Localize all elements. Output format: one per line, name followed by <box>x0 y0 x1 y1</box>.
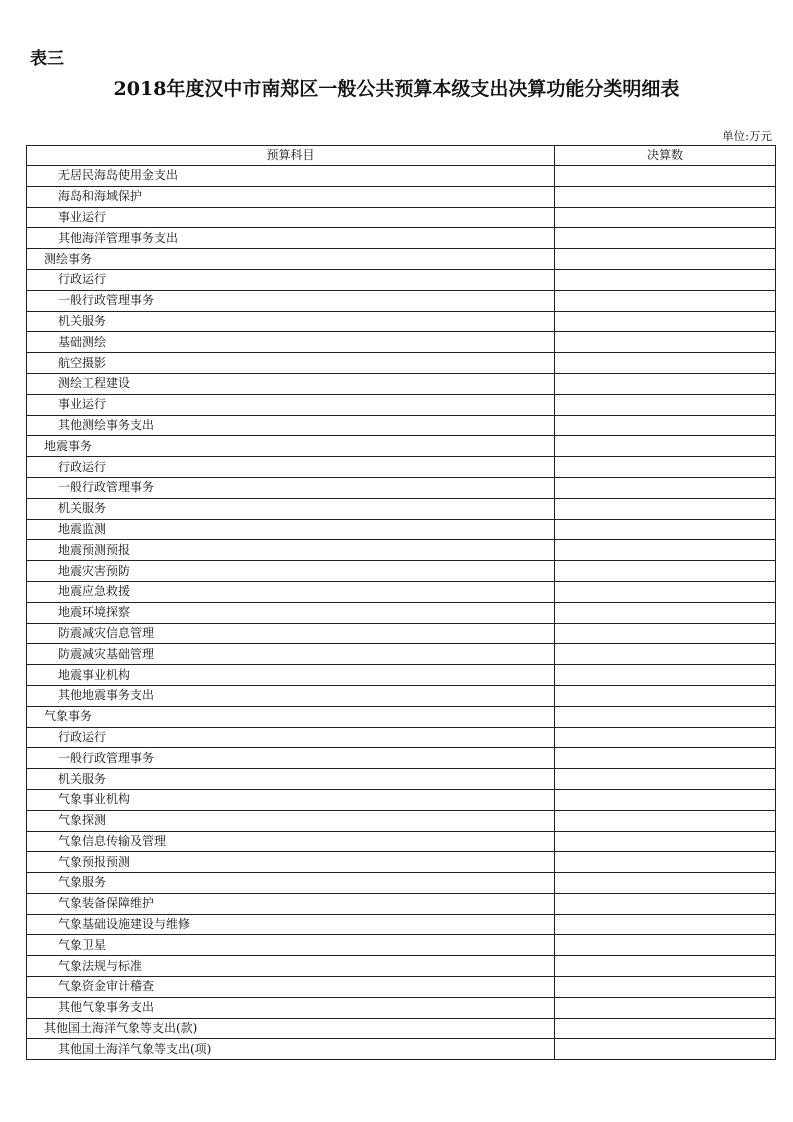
budget-item-cell: 气象法规与标准 <box>27 956 555 977</box>
final-amount-cell <box>555 748 776 769</box>
final-amount-cell <box>555 727 776 748</box>
table-row: 一般行政管理事务 <box>27 748 776 769</box>
table-row: 防震减灾基础管理 <box>27 644 776 665</box>
final-amount-cell <box>555 769 776 790</box>
budget-item-cell: 其他测绘事务支出 <box>27 415 555 436</box>
table-row: 其他气象事务支出 <box>27 997 776 1018</box>
table-row: 气象法规与标准 <box>27 956 776 977</box>
table-number-label: 表三 <box>30 44 64 69</box>
budget-item-cell: 气象装备保障维护 <box>27 893 555 914</box>
table-row: 机关服务 <box>27 769 776 790</box>
table-row: 气象服务 <box>27 873 776 894</box>
budget-item-cell: 其他地震事务支出 <box>27 685 555 706</box>
final-amount-cell <box>555 353 776 374</box>
budget-category-cell: 气象事务 <box>27 706 555 727</box>
final-amount-cell <box>555 561 776 582</box>
table-row: 其他海洋管理事务支出 <box>27 228 776 249</box>
final-amount-cell <box>555 623 776 644</box>
budget-item-cell: 无居民海岛使用金支出 <box>27 166 555 187</box>
table-row: 其他测绘事务支出 <box>27 415 776 436</box>
final-amount-cell <box>555 1039 776 1060</box>
table-row: 测绘事务 <box>27 249 776 270</box>
budget-item-cell: 一般行政管理事务 <box>27 748 555 769</box>
budget-category-cell: 其他国土海洋气象等支出(款) <box>27 1018 555 1039</box>
budget-item-cell: 气象卫星 <box>27 935 555 956</box>
column-header-subject: 预算科目 <box>27 146 555 166</box>
budget-item-cell: 事业运行 <box>27 394 555 415</box>
table-row: 一般行政管理事务 <box>27 290 776 311</box>
table-header-row: 预算科目 决算数 <box>27 146 776 166</box>
budget-item-cell: 机关服务 <box>27 498 555 519</box>
table-row: 气象信息传输及管理 <box>27 831 776 852</box>
budget-category-cell: 地震事务 <box>27 436 555 457</box>
budget-item-cell: 气象事业机构 <box>27 789 555 810</box>
budget-item-cell: 地震监测 <box>27 519 555 540</box>
final-amount-cell <box>555 602 776 623</box>
table-row: 气象卫星 <box>27 935 776 956</box>
budget-item-cell: 其他气象事务支出 <box>27 997 555 1018</box>
table-row: 海岛和海域保护 <box>27 186 776 207</box>
table-row: 气象资金审计稽查 <box>27 977 776 998</box>
table-row: 机关服务 <box>27 311 776 332</box>
budget-item-cell: 行政运行 <box>27 457 555 478</box>
table-row: 地震应急救援 <box>27 581 776 602</box>
table-row: 地震灾害预防 <box>27 561 776 582</box>
budget-item-cell: 机关服务 <box>27 311 555 332</box>
budget-item-cell: 航空摄影 <box>27 353 555 374</box>
budget-item-cell: 行政运行 <box>27 727 555 748</box>
table-row: 行政运行 <box>27 727 776 748</box>
budget-item-cell: 事业运行 <box>27 207 555 228</box>
budget-item-cell: 气象探测 <box>27 810 555 831</box>
table-row: 气象事务 <box>27 706 776 727</box>
table-row: 地震事务 <box>27 436 776 457</box>
table-row: 事业运行 <box>27 207 776 228</box>
table-row: 防震减灾信息管理 <box>27 623 776 644</box>
budget-item-cell: 一般行政管理事务 <box>27 290 555 311</box>
budget-item-cell: 气象预报预测 <box>27 852 555 873</box>
table-row: 机关服务 <box>27 498 776 519</box>
final-amount-cell <box>555 186 776 207</box>
final-amount-cell <box>555 873 776 894</box>
budget-item-cell: 气象基础设施建设与维修 <box>27 914 555 935</box>
final-amount-cell <box>555 1018 776 1039</box>
budget-item-cell: 地震灾害预防 <box>27 561 555 582</box>
table-row: 气象基础设施建设与维修 <box>27 914 776 935</box>
table-row: 测绘工程建设 <box>27 373 776 394</box>
budget-item-cell: 气象信息传输及管理 <box>27 831 555 852</box>
budget-item-cell: 其他海洋管理事务支出 <box>27 228 555 249</box>
table-row: 行政运行 <box>27 457 776 478</box>
final-amount-cell <box>555 332 776 353</box>
final-amount-cell <box>555 311 776 332</box>
table-row: 气象探测 <box>27 810 776 831</box>
document-title: 2018年度汉中市南郑区一般公共预算本级支出决算功能分类明细表 <box>0 74 793 101</box>
final-amount-cell <box>555 935 776 956</box>
budget-item-cell: 测绘工程建设 <box>27 373 555 394</box>
final-amount-cell <box>555 665 776 686</box>
table-row: 其他地震事务支出 <box>27 685 776 706</box>
table-row: 其他国土海洋气象等支出(款) <box>27 1018 776 1039</box>
budget-expenditure-table: 预算科目 决算数 无居民海岛使用金支出海岛和海域保护事业运行其他海洋管理事务支出… <box>26 145 776 1060</box>
final-amount-cell <box>555 893 776 914</box>
final-amount-cell <box>555 644 776 665</box>
final-amount-cell <box>555 290 776 311</box>
final-amount-cell <box>555 706 776 727</box>
final-amount-cell <box>555 394 776 415</box>
final-amount-cell <box>555 685 776 706</box>
budget-item-cell: 地震环境探察 <box>27 602 555 623</box>
final-amount-cell <box>555 810 776 831</box>
final-amount-cell <box>555 249 776 270</box>
budget-item-cell: 其他国土海洋气象等支出(项) <box>27 1039 555 1060</box>
final-amount-cell <box>555 581 776 602</box>
column-header-amount: 决算数 <box>555 146 776 166</box>
unit-label: 单位:万元 <box>722 128 772 144</box>
budget-item-cell: 防震减灾信息管理 <box>27 623 555 644</box>
final-amount-cell <box>555 831 776 852</box>
final-amount-cell <box>555 956 776 977</box>
table-row: 地震监测 <box>27 519 776 540</box>
budget-category-cell: 测绘事务 <box>27 249 555 270</box>
final-amount-cell <box>555 457 776 478</box>
budget-item-cell: 地震应急救援 <box>27 581 555 602</box>
final-amount-cell <box>555 852 776 873</box>
budget-item-cell: 海岛和海域保护 <box>27 186 555 207</box>
budget-item-cell: 气象资金审计稽查 <box>27 977 555 998</box>
table-row: 地震事业机构 <box>27 665 776 686</box>
budget-item-cell: 行政运行 <box>27 269 555 290</box>
table-row: 气象装备保障维护 <box>27 893 776 914</box>
table-row: 地震预测预报 <box>27 540 776 561</box>
table-row: 无居民海岛使用金支出 <box>27 166 776 187</box>
final-amount-cell <box>555 166 776 187</box>
final-amount-cell <box>555 436 776 457</box>
table-row: 行政运行 <box>27 269 776 290</box>
budget-item-cell: 防震减灾基础管理 <box>27 644 555 665</box>
table-row: 气象预报预测 <box>27 852 776 873</box>
final-amount-cell <box>555 228 776 249</box>
table-body: 无居民海岛使用金支出海岛和海域保护事业运行其他海洋管理事务支出测绘事务行政运行一… <box>27 166 776 1060</box>
final-amount-cell <box>555 519 776 540</box>
budget-item-cell: 地震预测预报 <box>27 540 555 561</box>
budget-item-cell: 一般行政管理事务 <box>27 477 555 498</box>
final-amount-cell <box>555 269 776 290</box>
final-amount-cell <box>555 914 776 935</box>
table-row: 一般行政管理事务 <box>27 477 776 498</box>
final-amount-cell <box>555 498 776 519</box>
budget-item-cell: 气象服务 <box>27 873 555 894</box>
table-row: 地震环境探察 <box>27 602 776 623</box>
table-row: 气象事业机构 <box>27 789 776 810</box>
final-amount-cell <box>555 477 776 498</box>
final-amount-cell <box>555 977 776 998</box>
budget-item-cell: 基础测绘 <box>27 332 555 353</box>
table-row: 其他国土海洋气象等支出(项) <box>27 1039 776 1060</box>
table-row: 航空摄影 <box>27 353 776 374</box>
table-row: 基础测绘 <box>27 332 776 353</box>
final-amount-cell <box>555 373 776 394</box>
final-amount-cell <box>555 540 776 561</box>
budget-item-cell: 机关服务 <box>27 769 555 790</box>
final-amount-cell <box>555 207 776 228</box>
final-amount-cell <box>555 415 776 436</box>
final-amount-cell <box>555 997 776 1018</box>
final-amount-cell <box>555 789 776 810</box>
budget-item-cell: 地震事业机构 <box>27 665 555 686</box>
table-row: 事业运行 <box>27 394 776 415</box>
